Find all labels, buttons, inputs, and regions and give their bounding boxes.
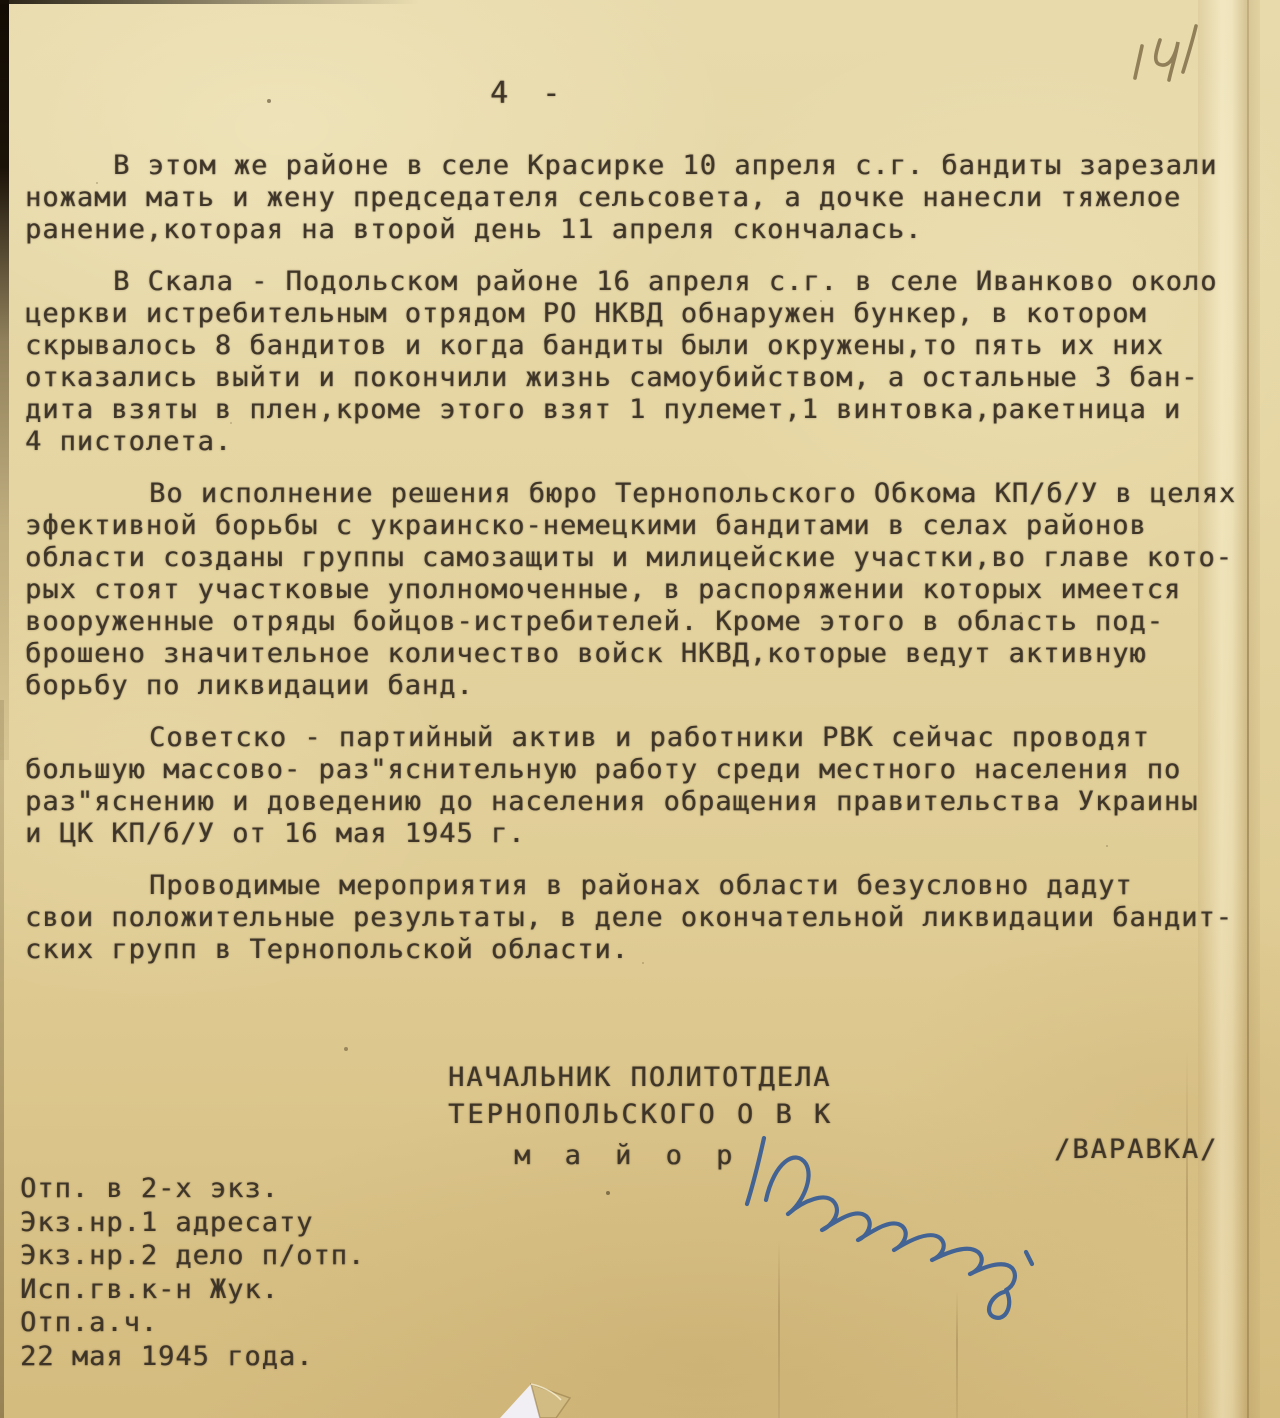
footer-production-note: Отп. в 2-х экз. Экз.нр.1 адресату Экз.нр… [20, 1172, 365, 1373]
paragraph-3: Во исполнение решения бюро Тернопольског… [25, 478, 1265, 702]
handwritten-141-icon [1110, 12, 1230, 92]
paragraph-1: В этом же районе в селе Красирке 10 апре… [25, 150, 1265, 246]
dust-specks [0, 0, 2, 2]
handwritten-signature-icon [720, 1110, 1060, 1330]
scanned-document-page: { "page": { "handwritten_number": "141",… [0, 0, 1280, 1418]
torn-corner [495, 1378, 585, 1418]
scan-edge-top [0, 0, 420, 4]
page-number: 4 - [490, 76, 568, 111]
scan-edge-left-lower [0, 700, 4, 1418]
signature-rank: м а й о р [514, 1140, 741, 1171]
paragraph-2: В Скала - Подольском районе 16 апреля с.… [25, 266, 1265, 458]
signature-title-line1: НАЧАЛЬНИК ПОЛИТОТДЕЛА [448, 1062, 831, 1093]
paragraph-5: Проводимые мероприятия в районах области… [25, 870, 1265, 966]
signature-typed-name: /ВАРАВКА/ [1054, 1134, 1218, 1165]
paper-crease [1186, 1050, 1188, 1418]
document-body: В этом же районе в селе Красирке 10 апре… [25, 150, 1265, 986]
paragraph-4: Советско - партийный актив и работники Р… [25, 722, 1265, 850]
scan-edge-left [0, 0, 9, 760]
